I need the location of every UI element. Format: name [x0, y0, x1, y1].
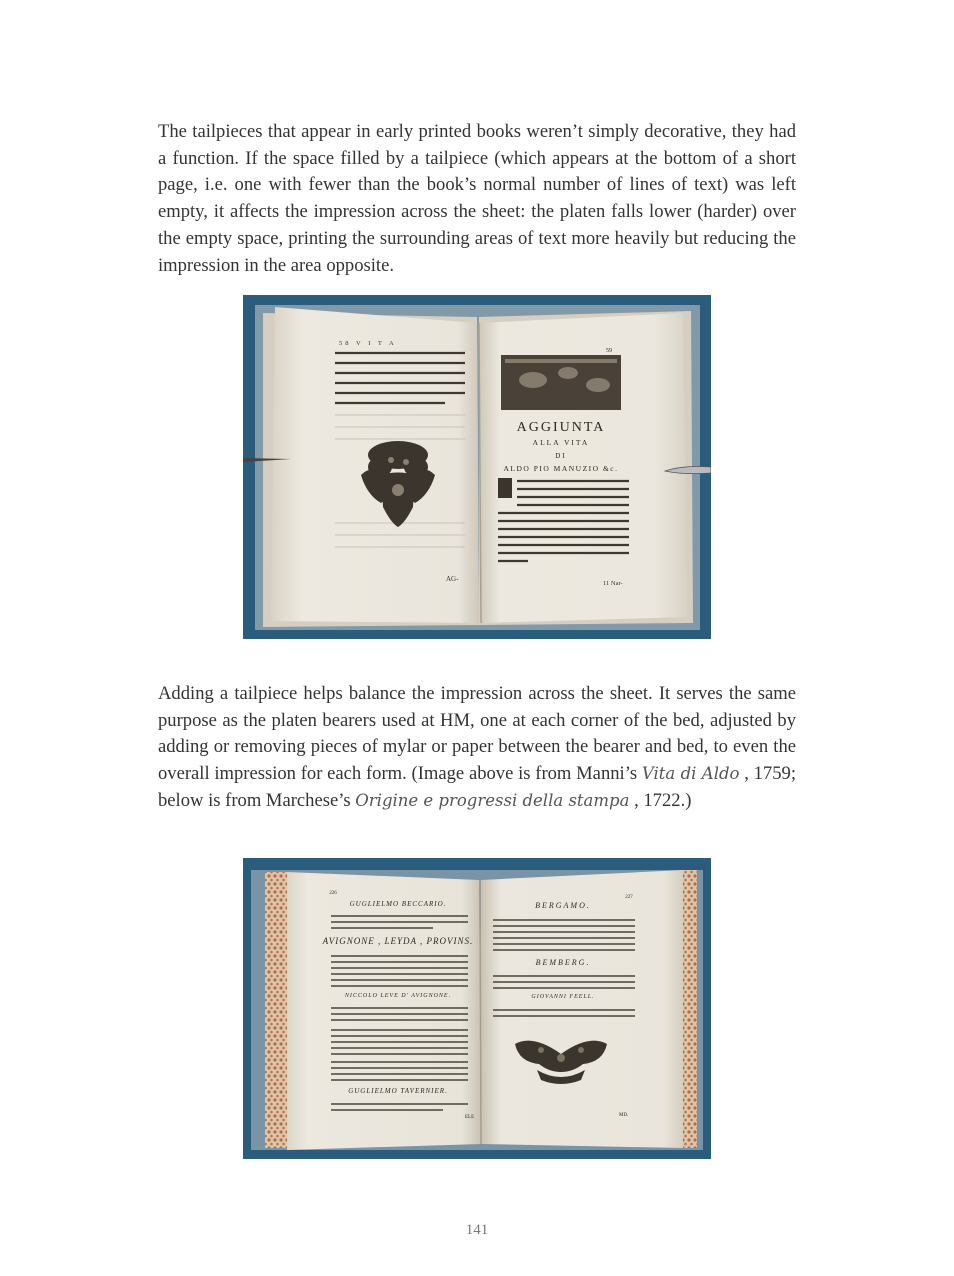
- svg-text:11 Nar-: 11 Nar-: [603, 580, 623, 587]
- svg-text:GUGLIELMO TAVERNIER.: GUGLIELMO TAVERNIER.: [348, 1087, 448, 1095]
- svg-text:BEMBERG.: BEMBERG.: [536, 958, 591, 967]
- book-photo-marchese-origine: 226 GUGLIELMO BECCARIO. AVIGNONE , LEYDA…: [243, 858, 711, 1159]
- svg-text:DI: DI: [555, 452, 566, 460]
- page-number: 141: [0, 1222, 954, 1239]
- svg-text:AVIGNONE , LEYDA , PROVINS.: AVIGNONE , LEYDA , PROVINS.: [322, 936, 474, 946]
- svg-text:226: 226: [329, 891, 337, 896]
- book-title-origine-e-progressi: Origine e progressi della stampa: [355, 791, 629, 810]
- svg-text:GIOVANNI FEELL.: GIOVANNI FEELL.: [531, 994, 594, 1000]
- paragraph-explanation: Adding a tailpiece helps balance the imp…: [158, 681, 796, 815]
- book-photo-manni-vita-di-aldo: 58 V I T A AG-: [243, 295, 711, 639]
- paragraph-text-after: , 1722.): [629, 790, 691, 811]
- svg-text:59: 59: [606, 348, 612, 354]
- svg-text:58 V I T A: 58 V I T A: [339, 340, 397, 347]
- open-book-illustration: 226 GUGLIELMO BECCARIO. AVIGNONE , LEYDA…: [243, 858, 711, 1159]
- svg-text:BERGAMO.: BERGAMO.: [535, 901, 591, 910]
- svg-text:ELE: ELE: [465, 1115, 474, 1120]
- svg-text:MD.: MD.: [619, 1113, 628, 1118]
- svg-text:227: 227: [625, 895, 633, 900]
- open-book-illustration: 58 V I T A AG-: [243, 295, 711, 639]
- svg-text:GUGLIELMO BECCARIO.: GUGLIELMO BECCARIO.: [350, 900, 447, 908]
- svg-text:ALLA VITA: ALLA VITA: [533, 438, 590, 447]
- paragraph-text: The tailpieces that appear in early prin…: [158, 121, 796, 276]
- book-title-vita-di-aldo: Vita di Aldo: [642, 764, 740, 783]
- svg-text:AGGIUNTA: AGGIUNTA: [517, 420, 606, 435]
- svg-text:AG-: AG-: [446, 575, 459, 583]
- paragraph-intro: The tailpieces that appear in early prin…: [158, 119, 796, 279]
- svg-text:ALDO PIO MANUZIO &c.: ALDO PIO MANUZIO &c.: [504, 464, 619, 473]
- svg-text:NICCOLO LEVE D' AVIGNONE.: NICCOLO LEVE D' AVIGNONE.: [344, 993, 451, 999]
